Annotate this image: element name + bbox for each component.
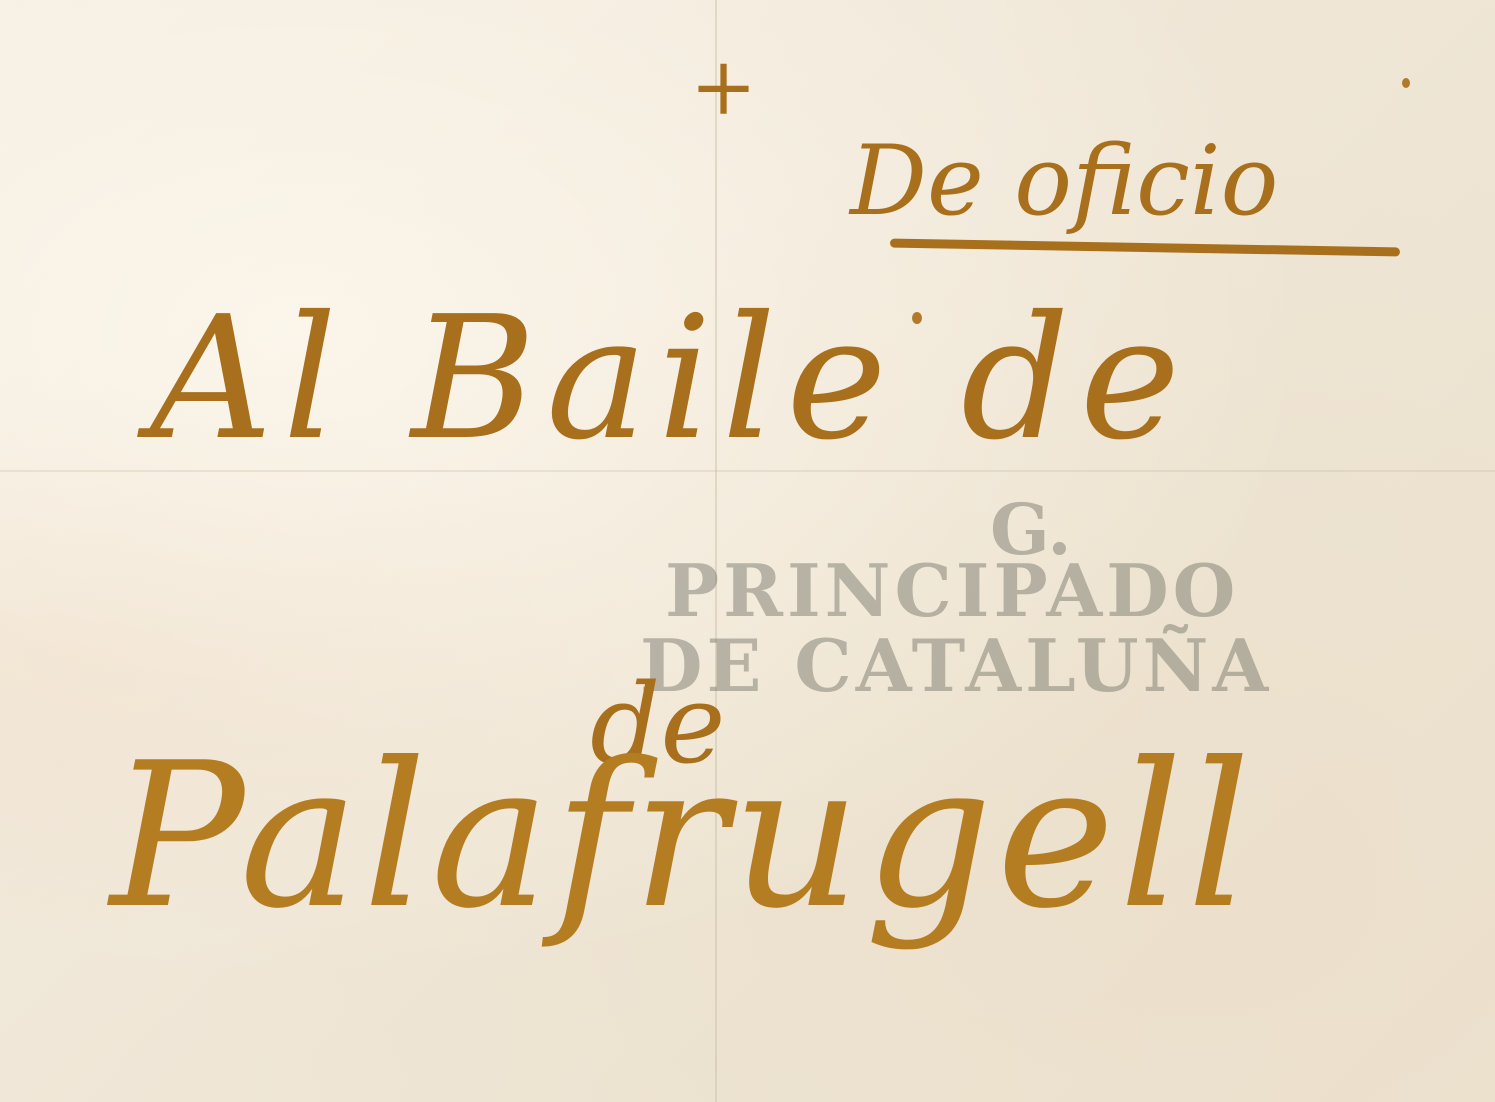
- endorsement-underline: [890, 239, 1400, 257]
- service-endorsement: De oficio: [850, 125, 1278, 237]
- cross-mark: +: [690, 40, 757, 133]
- ink-blot: [1402, 78, 1410, 88]
- addressee-line: Al Baile de: [150, 280, 1190, 478]
- town-name: Palafrugell: [110, 720, 1255, 953]
- postmark-line-2: PRINCIPADO: [665, 555, 1239, 627]
- ink-blot: [912, 312, 922, 324]
- postmark-line-3: DE CATALUÑA: [640, 630, 1272, 702]
- letter-cover: G. PRINCIPADO DE CATALUÑA + De oficio Al…: [0, 0, 1495, 1102]
